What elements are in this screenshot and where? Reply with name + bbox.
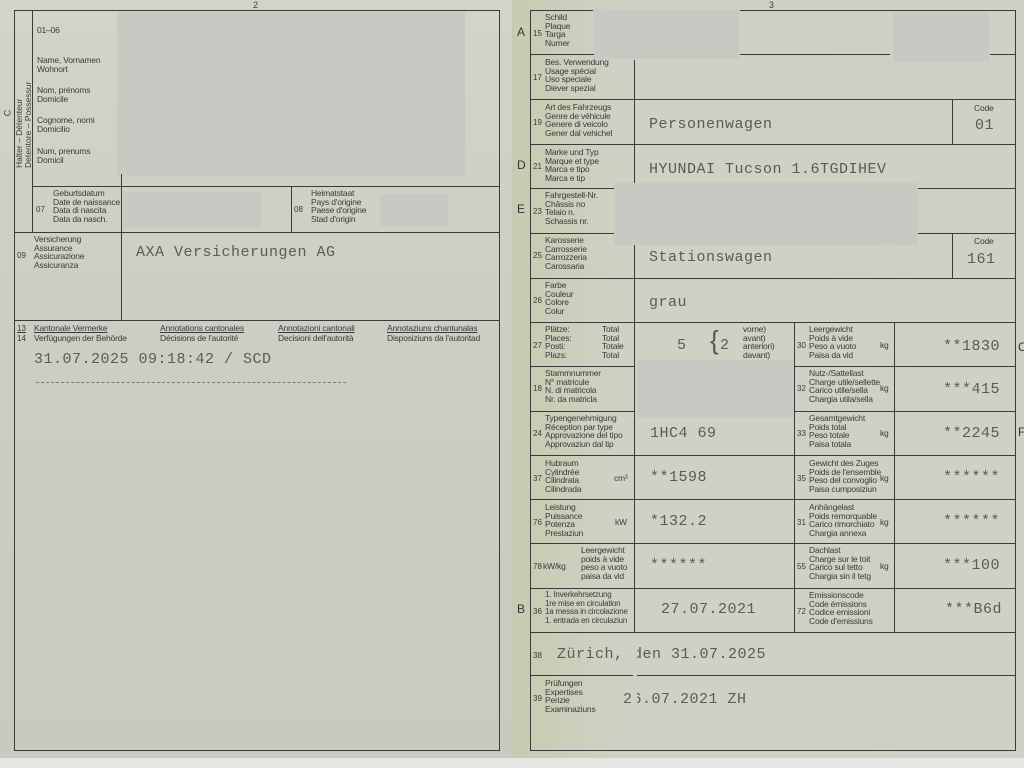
- plate-num: 15: [533, 29, 542, 38]
- seats-total: 5: [677, 337, 687, 354]
- divider: [794, 322, 795, 632]
- train-weight-label: Gewicht des Zuges Poids de l'ensemble Pe…: [809, 459, 881, 493]
- divider: [530, 499, 1016, 500]
- type-approval-label: Typengenehmigung Réception par type Appr…: [545, 414, 623, 448]
- inspections-label: Prüfungen Expertises Perizie Examinaziun…: [545, 679, 596, 713]
- inspections-value: 26.07.2021 ZH: [623, 691, 747, 708]
- side-letter-c: C: [1018, 340, 1024, 354]
- make-model-num: 21: [533, 162, 542, 171]
- redacted-origin: [380, 194, 448, 226]
- displacement-unit: cm³: [614, 474, 628, 483]
- holder-name-label-fr: Nom, prénoms Domicile: [37, 86, 90, 103]
- empty-weight-value: **1830: [943, 338, 1000, 355]
- annotation-dashed-line: [36, 382, 346, 383]
- divider: [530, 455, 1016, 456]
- train-weight-num: 35: [797, 474, 806, 483]
- vehicle-type-code-label: Code: [974, 104, 994, 113]
- annotations-sub-rm: Disposiziuns da l'autoritad: [387, 334, 480, 343]
- train-weight-value: ******: [943, 469, 1000, 486]
- payload-num: 32: [797, 384, 806, 393]
- first-registration-label: 1. Inverkehrsetzung 1re mise en circulat…: [545, 591, 628, 625]
- power-label: Leistung Puissance Potenza Prestaziun: [545, 503, 583, 537]
- inspections-num: 39: [533, 694, 542, 703]
- make-model-value: HYUNDAI Tucson 1.6TGDIHEV: [649, 161, 887, 178]
- color-num: 26: [533, 296, 542, 305]
- birth-num: 07: [36, 205, 45, 214]
- chassis-num: 23: [533, 207, 542, 216]
- holder-name-label-rm: Num, prenums Domicil: [37, 147, 90, 164]
- side-letter-b: B: [517, 602, 525, 616]
- divider: [530, 322, 1016, 323]
- train-weight-unit: kg: [880, 474, 889, 483]
- emission-code-num: 72: [797, 607, 806, 616]
- divider: [530, 675, 1016, 676]
- vehicle-type-label: Art des Fahrzeugs Genre de véhicule Gene…: [545, 103, 612, 137]
- divider: [530, 144, 1016, 145]
- color-value: grau: [649, 294, 687, 311]
- seats-front: 2: [720, 337, 730, 354]
- divider: [121, 174, 122, 186]
- total-weight-label: Gesamtgewicht Poids total Peso totale Pa…: [809, 414, 865, 448]
- divider: [530, 233, 614, 234]
- power-num: 76: [533, 518, 542, 527]
- power-weight-num: 78: [533, 562, 542, 571]
- empty-weight-unit: kg: [880, 341, 889, 350]
- divider: [952, 99, 953, 144]
- side-letter-a: A: [517, 25, 525, 39]
- power-weight-unit: kW/kg: [543, 562, 566, 571]
- divider: [530, 366, 634, 367]
- divider: [530, 588, 1016, 589]
- annotations-num-13: 13: [17, 324, 26, 333]
- side-letter-e: E: [517, 202, 525, 216]
- power-unit: kW: [615, 518, 627, 527]
- divider: [990, 54, 1016, 55]
- total-weight-value: **2245: [943, 425, 1000, 442]
- body-value: Stationswagen: [649, 249, 773, 266]
- body-code: 161: [967, 251, 996, 268]
- redacted-birth-date: [123, 192, 261, 228]
- trailer-load-num: 31: [797, 518, 806, 527]
- annotations-header-fr: Annotations cantonales: [160, 324, 244, 333]
- divider: [794, 366, 1016, 367]
- annotations-header-it: Annotazioni cantonali: [278, 324, 355, 333]
- divider: [121, 186, 122, 320]
- divider: [14, 320, 500, 321]
- power-value: *132.2: [650, 513, 707, 530]
- divider: [530, 278, 1016, 279]
- trailer-load-value: ******: [943, 513, 1000, 530]
- origin-label: Heimatstaat Pays d'origine Paese d'origi…: [311, 189, 366, 223]
- redacted-registry-number: [637, 360, 794, 418]
- divider: [530, 188, 614, 189]
- page-marker-right: 3: [769, 0, 774, 10]
- annotations-sub-it: Decisioni dell'autorità: [278, 334, 353, 343]
- registry-num: 18: [533, 384, 542, 393]
- seats-brace: {: [710, 325, 718, 355]
- roof-load-unit: kg: [880, 562, 889, 571]
- divider: [918, 233, 1016, 234]
- roof-load-label: Dachlast Charge sur le toit Carico sul t…: [809, 546, 871, 580]
- page-marker-left: 2: [253, 0, 258, 10]
- make-model-label: Marke und Typ Marque et type Marca e tip…: [545, 148, 599, 182]
- divider: [530, 411, 634, 412]
- empty-weight-label: Leergewicht Poids à vide Peso a vuoto Pa…: [809, 325, 856, 359]
- origin-num: 08: [294, 205, 303, 214]
- divider: [530, 10, 594, 11]
- first-registration-value: 27.07.2021: [661, 601, 756, 618]
- divider: [952, 233, 953, 278]
- redacted-chassis: [614, 183, 918, 245]
- chassis-label: Fahrgestell-Nr. Châssis no Telaio n. Sch…: [545, 191, 598, 225]
- body-code-label: Code: [974, 237, 994, 246]
- vehicle-type-num: 19: [533, 118, 542, 127]
- emission-code-label: Emissionscode Code émissions Codice emis…: [809, 591, 873, 625]
- total-weight-num: 33: [797, 429, 806, 438]
- seats-label: Plätze: Places: Posti: Plazs:: [545, 325, 571, 359]
- annotations-num-14: 14: [17, 334, 26, 343]
- divider: [530, 632, 1016, 633]
- place-date-value: Zürich, den 31.07.2025: [557, 646, 766, 663]
- holder-name-label-de: Name, Vornamen Wohnort: [37, 56, 100, 73]
- displacement-num: 37: [533, 474, 542, 483]
- first-registration-num: 36: [533, 607, 542, 616]
- seats-num: 27: [533, 341, 542, 350]
- payload-unit: kg: [880, 384, 889, 393]
- divider: [918, 188, 1016, 189]
- payload-label: Nutz-/Sattellast Charge utile/sellette C…: [809, 369, 880, 403]
- divider: [740, 54, 890, 55]
- side-letter-d: D: [517, 158, 526, 172]
- annotation-entry: 31.07.2025 09:18:42 / SCD: [34, 351, 272, 368]
- trailer-load-label: Anhängelast Poids remorquable Carico rim…: [809, 503, 877, 537]
- special-use-label: Bes. Verwendung Usage spécial Uso specia…: [545, 58, 609, 92]
- redacted-plate-2: [893, 12, 989, 62]
- vehicle-type-code: 01: [975, 117, 994, 134]
- plate-label: Schild Plaque Targa Numer: [545, 13, 570, 47]
- divider: [291, 186, 292, 232]
- seats-front-label: vorne) avant) anteriori) davant): [743, 325, 775, 359]
- total-weight-unit: kg: [880, 429, 889, 438]
- birth-label: Geburtsdatum Date de naissance Data di n…: [53, 189, 120, 223]
- left-edge-marker: C: [2, 110, 12, 117]
- trailer-load-unit: kg: [880, 518, 889, 527]
- place-date-num: 38: [533, 651, 542, 660]
- annotations-header-de: Kantonale Vermerke: [34, 324, 107, 333]
- divider: [32, 186, 500, 187]
- type-approval-num: 24: [533, 429, 542, 438]
- displacement-label: Hubraum Cylindrée Cilindrata Cilindrada: [545, 459, 581, 493]
- divider: [530, 54, 594, 55]
- body-label: Karosserie Carrosserie Carrozzeria Caros…: [545, 236, 587, 270]
- holder-code: 01–06: [37, 26, 60, 35]
- insurance-num: 09: [17, 251, 26, 260]
- divider: [740, 10, 1016, 11]
- empty-weight-num: 30: [797, 341, 806, 350]
- roof-load-num: 55: [797, 562, 806, 571]
- redacted-plate: [593, 9, 739, 59]
- insurance-label: Versicherung Assurance Assicurazione Ass…: [34, 235, 84, 269]
- scan-edge: [0, 758, 1024, 768]
- payload-value: ***415: [943, 381, 1000, 398]
- power-weight-label: Leergewicht poids à vide peso a vuoto pa…: [581, 546, 627, 580]
- divider: [634, 60, 635, 184]
- divider: [530, 99, 1016, 100]
- side-letter-f: F: [1018, 425, 1024, 439]
- divider: [894, 322, 895, 632]
- divider: [794, 411, 1016, 412]
- divider: [530, 543, 1016, 544]
- registry-label: Stammnummer N° matricule N. di matricola…: [545, 369, 601, 403]
- redacted-holder-name: [117, 12, 465, 176]
- divider: [14, 232, 500, 233]
- annotations-sub-fr: Décisions de l'autorité: [160, 334, 238, 343]
- roof-load-value: ***100: [943, 557, 1000, 574]
- special-use-num: 17: [533, 73, 542, 82]
- type-approval-value: 1HC4 69: [650, 425, 717, 442]
- body-num: 25: [533, 251, 542, 260]
- holder-name-label-it: Cognome, nomi Domicilio: [37, 116, 94, 133]
- holder-vertical-label-2: Detentore – Possessur: [24, 82, 33, 168]
- insurance-value: AXA Versicherungen AG: [136, 244, 336, 261]
- merged-row-mask-2: [633, 633, 637, 750]
- annotations-header-rm: Annotaziuns chantunalas: [387, 324, 477, 333]
- power-weight-value: ******: [650, 557, 707, 574]
- seats-total-label: Total Total Totale Total: [602, 325, 623, 359]
- annotations-sub-de: Verfügungen der Behörde: [34, 334, 127, 343]
- vehicle-type-value: Personenwagen: [649, 116, 773, 133]
- displacement-value: **1598: [650, 469, 707, 486]
- emission-code-value: ***B6d: [945, 601, 1002, 618]
- color-label: Farbe Couleur Colore Colur: [545, 281, 573, 315]
